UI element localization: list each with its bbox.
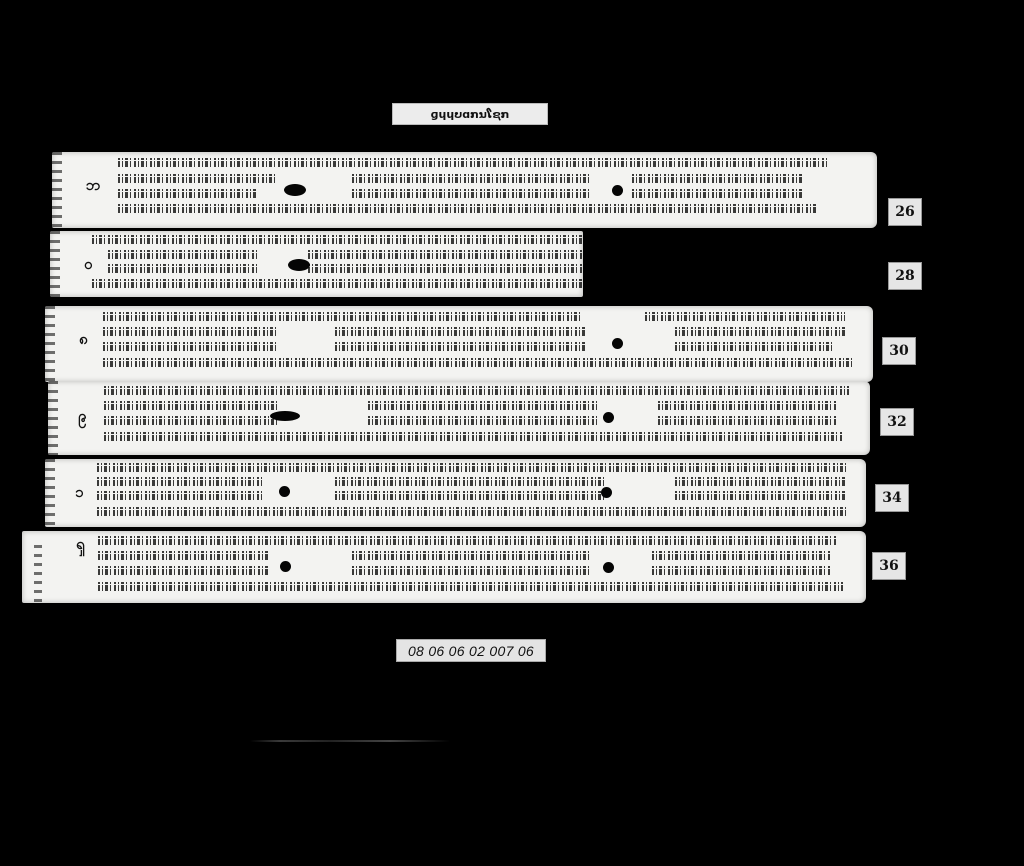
torn-edge [45,459,55,527]
page-number-label: 32 [880,408,914,436]
reel-id-text: 08 06 06 02 007 06 [408,643,534,659]
script-line [92,279,582,291]
script-line [675,477,845,489]
script-line [97,463,847,475]
script-line [335,342,585,354]
torn-edge [52,152,62,228]
script-line [98,582,843,594]
script-line [652,566,832,578]
script-line [658,401,838,413]
string-hole-right [612,338,623,349]
script-line [675,491,845,503]
script-line [335,477,605,489]
palm-leaf-6: ၡ [22,531,866,603]
script-line [108,250,258,262]
script-line [108,264,258,276]
string-hole-right [601,487,612,498]
palm-leaf-2: ဝ [50,231,583,297]
string-hole-right [612,185,623,196]
folio-mark: ဝ [84,255,92,277]
page-number-label: 30 [882,337,916,365]
folio-mark: ၉ [78,407,86,429]
script-line [97,507,847,519]
script-line [335,327,585,339]
torn-edge [48,381,58,455]
script-line [98,536,838,548]
script-line [97,491,262,503]
script-line [352,174,592,186]
folio-mark: ၡ [76,535,85,557]
string-hole-left [280,561,291,572]
script-line [103,342,278,354]
reel-id-label: 08 06 06 02 007 06 [396,639,546,662]
title-text: ɡɥɥບɑກນໂຊກ [431,108,510,121]
script-line [352,551,592,563]
script-line [118,189,258,201]
torn-edge [45,306,55,382]
page-number-label: 28 [888,262,922,290]
string-hole-left [270,411,300,421]
script-line [675,342,835,354]
script-line [632,174,802,186]
script-line [104,401,279,413]
string-hole-right [603,562,614,573]
scan-artifact [250,740,450,742]
palm-leaf-4: ၉ [48,381,870,455]
string-hole-left [288,259,310,271]
script-line [92,235,582,247]
script-line [645,312,845,324]
script-line [118,204,818,216]
script-line [308,264,583,276]
palm-leaf-5: ၁ [45,459,866,527]
folio-mark: ၈ [79,330,88,352]
string-hole-left [284,184,306,196]
script-line [118,174,278,186]
script-line [335,491,605,503]
script-line [104,416,279,428]
torn-edge [34,545,42,603]
script-line [98,566,268,578]
folio-mark: ၁ [75,483,83,505]
torn-edge [50,231,60,297]
string-hole-left [279,486,290,497]
palm-leaf-3: ၈ [45,306,873,382]
script-line [352,189,592,201]
string-hole-right [603,412,614,423]
script-line [632,189,802,201]
script-line [368,401,598,413]
folio-mark: ဘ [86,176,100,198]
script-line [352,566,592,578]
script-line [652,551,832,563]
script-line [658,416,838,428]
script-line [118,158,828,170]
palm-leaf-1: ဘ [52,152,877,228]
script-line [368,416,598,428]
page-number-label: 36 [872,552,906,580]
script-line [103,312,583,324]
script-line [104,386,849,398]
script-line [308,250,583,262]
script-line [675,327,845,339]
title-label: ɡɥɥບɑກນໂຊກ [392,103,548,125]
script-line [103,358,853,370]
page-number-label: 34 [875,484,909,512]
page-number-label: 26 [888,198,922,226]
script-line [97,477,262,489]
script-line [104,432,844,444]
script-line [98,551,268,563]
script-line [103,327,278,339]
